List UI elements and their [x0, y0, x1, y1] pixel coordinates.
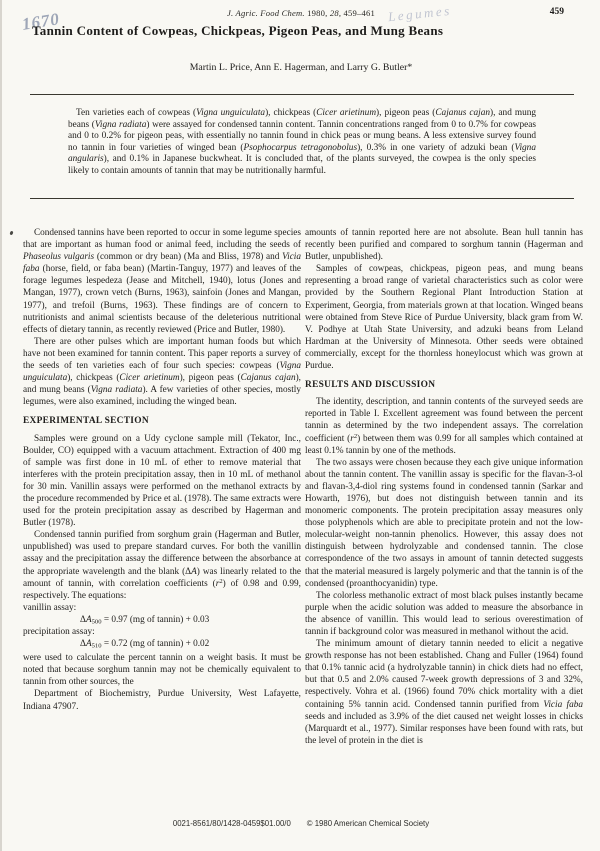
journal-page: J. Agric. Food Chem. 1980, 28, 459–461 4…	[0, 0, 600, 851]
paragraph-continuation: amounts of tannin reported here are not …	[305, 227, 583, 263]
section-heading-experimental: EXPERIMENTAL SECTION	[23, 415, 301, 427]
affiliation-footnote: Department of Biochemistry, Purdue Unive…	[23, 688, 301, 712]
precipitation-assay-label: precipitation assay:	[23, 626, 301, 638]
paragraph-methods-3: were used to calculate the percent tanni…	[23, 652, 301, 688]
divider-above-abstract	[30, 94, 574, 95]
paragraph-intro-2: There are other pulses which are importa…	[23, 336, 301, 409]
paragraph-methods-2: Condensed tannin purified from sorghum g…	[23, 529, 301, 602]
vanillin-assay-label: vanillin assay:	[23, 602, 301, 614]
paragraph-results-3: The colorless methanolic extract of most…	[305, 590, 583, 638]
paragraph-samples: Samples of cowpeas, chickpeas, pigeon pe…	[305, 263, 583, 372]
right-column: amounts of tannin reported here are not …	[305, 227, 583, 817]
paragraph-results-2: The two assays were chosen because they …	[305, 457, 583, 590]
paragraph-results-1: The identity, description, and tannin co…	[305, 396, 583, 456]
issn-code: 0021-8561/80/1428-0459$01.00/0	[173, 819, 291, 828]
footer: 0021-8561/80/1428-0459$01.00/0 © 1980 Am…	[2, 819, 600, 828]
abstract-block: Ten varieties each of cowpeas (Vigna ung…	[68, 108, 536, 178]
article-authors: Martin L. Price, Ann E. Hagerman, and La…	[2, 62, 600, 73]
vanillin-assay-equation: ΔA500 = 0.97 (mg of tannin) + 0.03	[23, 614, 301, 626]
handwritten-word-annotation: Legumes	[387, 3, 452, 26]
journal-citation: J. Agric. Food Chem. 1980, 28, 459–461	[2, 8, 600, 18]
section-heading-results: RESULTS AND DISCUSSION	[305, 379, 583, 391]
left-column: Condensed tannins have been reported to …	[23, 227, 301, 817]
paragraph-results-4: The minimum amount of dietary tannin nee…	[305, 638, 583, 747]
divider-below-abstract	[30, 198, 574, 199]
paragraph-intro-1: Condensed tannins have been reported to …	[23, 227, 301, 336]
precipitation-assay-equation: ΔA510 = 0.72 (mg of tannin) + 0.02	[23, 638, 301, 650]
margin-pencil-mark	[9, 231, 13, 236]
paragraph-methods-1: Samples were ground on a Udy cyclone sam…	[23, 433, 301, 530]
abstract-text: Ten varieties each of cowpeas (Vigna ung…	[68, 108, 536, 178]
copyright-notice: © 1980 American Chemical Society	[307, 819, 429, 828]
page-number: 459	[550, 7, 564, 17]
article-title: Tannin Content of Cowpeas, Chickpeas, Pi…	[32, 23, 577, 39]
